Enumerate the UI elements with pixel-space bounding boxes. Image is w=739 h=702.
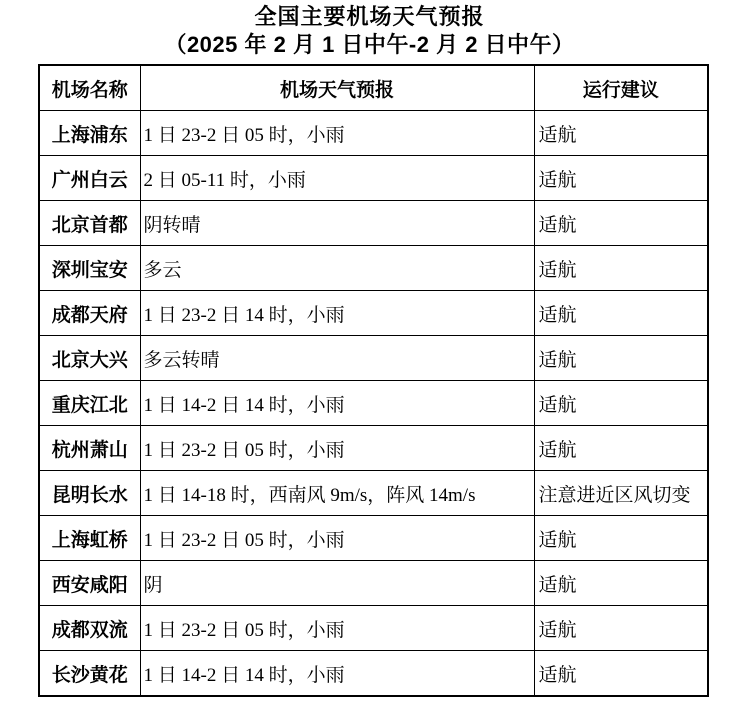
airport-name-cell: 上海浦东	[39, 111, 140, 156]
advice-cell: 适航	[534, 201, 708, 246]
airport-name-cell: 昆明长水	[39, 471, 140, 516]
table-row: 长沙黄花 1 日 14-2 日 14 时，小雨 适航	[39, 651, 708, 697]
advice-cell: 适航	[534, 156, 708, 201]
airport-name-cell: 长沙黄花	[39, 651, 140, 697]
airport-name-cell: 成都天府	[39, 291, 140, 336]
forecast-cell: 1 日 23-2 日 05 时，小雨	[140, 516, 534, 561]
forecast-cell: 1 日 23-2 日 05 时，小雨	[140, 111, 534, 156]
forecast-cell: 1 日 23-2 日 14 时，小雨	[140, 291, 534, 336]
table-row: 杭州萧山 1 日 23-2 日 05 时，小雨 适航	[39, 426, 708, 471]
forecast-cell: 1 日 23-2 日 05 时，小雨	[140, 426, 534, 471]
advice-cell: 适航	[534, 291, 708, 336]
advice-cell: 适航	[534, 111, 708, 156]
forecast-cell: 2 日 05-11 时，小雨	[140, 156, 534, 201]
forecast-cell: 多云转晴	[140, 336, 534, 381]
advice-cell: 适航	[534, 381, 708, 426]
table-row: 成都双流 1 日 23-2 日 05 时，小雨 适航	[39, 606, 708, 651]
advice-cell: 适航	[534, 516, 708, 561]
airport-name-cell: 北京大兴	[39, 336, 140, 381]
header-airport-name: 机场名称	[39, 65, 140, 111]
airport-name-cell: 深圳宝安	[39, 246, 140, 291]
airport-name-cell: 西安咸阳	[39, 561, 140, 606]
advice-cell: 适航	[534, 651, 708, 697]
forecast-cell: 1 日 23-2 日 05 时，小雨	[140, 606, 534, 651]
advice-cell: 适航	[534, 336, 708, 381]
forecast-cell: 1 日 14-2 日 14 时，小雨	[140, 381, 534, 426]
airport-name-cell: 重庆江北	[39, 381, 140, 426]
header-operation-advice: 运行建议	[534, 65, 708, 111]
table-header-row: 机场名称 机场天气预报 运行建议	[39, 65, 708, 111]
table-row: 昆明长水 1 日 14-18 时，西南风 9m/s，阵风 14m/s 注意进近区…	[39, 471, 708, 516]
forecast-cell: 阴	[140, 561, 534, 606]
page-title: 全国主要机场天气预报	[0, 0, 739, 31]
advice-cell: 适航	[534, 561, 708, 606]
weather-report-page: 全国主要机场天气预报 （2025 年 2 月 1 日中午-2 月 2 日中午） …	[0, 0, 739, 702]
airport-name-cell: 广州白云	[39, 156, 140, 201]
forecast-cell: 多云	[140, 246, 534, 291]
advice-cell: 适航	[534, 606, 708, 651]
airport-name-cell: 成都双流	[39, 606, 140, 651]
forecast-cell: 阴转晴	[140, 201, 534, 246]
table-row: 上海虹桥 1 日 23-2 日 05 时，小雨 适航	[39, 516, 708, 561]
table-row: 北京首都 阴转晴 适航	[39, 201, 708, 246]
advice-cell: 适航	[534, 426, 708, 471]
table-row: 广州白云 2 日 05-11 时，小雨 适航	[39, 156, 708, 201]
header-weather-forecast: 机场天气预报	[140, 65, 534, 111]
table-row: 北京大兴 多云转晴 适航	[39, 336, 708, 381]
airport-weather-table: 机场名称 机场天气预报 运行建议 上海浦东 1 日 23-2 日 05 时，小雨…	[38, 64, 709, 697]
airport-name-cell: 杭州萧山	[39, 426, 140, 471]
forecast-cell: 1 日 14-2 日 14 时，小雨	[140, 651, 534, 697]
airport-name-cell: 上海虹桥	[39, 516, 140, 561]
table-row: 深圳宝安 多云 适航	[39, 246, 708, 291]
table-row: 上海浦东 1 日 23-2 日 05 时，小雨 适航	[39, 111, 708, 156]
page-subtitle: （2025 年 2 月 1 日中午-2 月 2 日中午）	[0, 31, 739, 59]
airport-name-cell: 北京首都	[39, 201, 140, 246]
table-body: 上海浦东 1 日 23-2 日 05 时，小雨 适航 广州白云 2 日 05-1…	[39, 111, 708, 697]
forecast-cell: 1 日 14-18 时，西南风 9m/s，阵风 14m/s	[140, 471, 534, 516]
table-row: 成都天府 1 日 23-2 日 14 时，小雨 适航	[39, 291, 708, 336]
table-row: 重庆江北 1 日 14-2 日 14 时，小雨 适航	[39, 381, 708, 426]
advice-cell: 适航	[534, 246, 708, 291]
advice-cell: 注意进近区风切变	[534, 471, 708, 516]
table-row: 西安咸阳 阴 适航	[39, 561, 708, 606]
